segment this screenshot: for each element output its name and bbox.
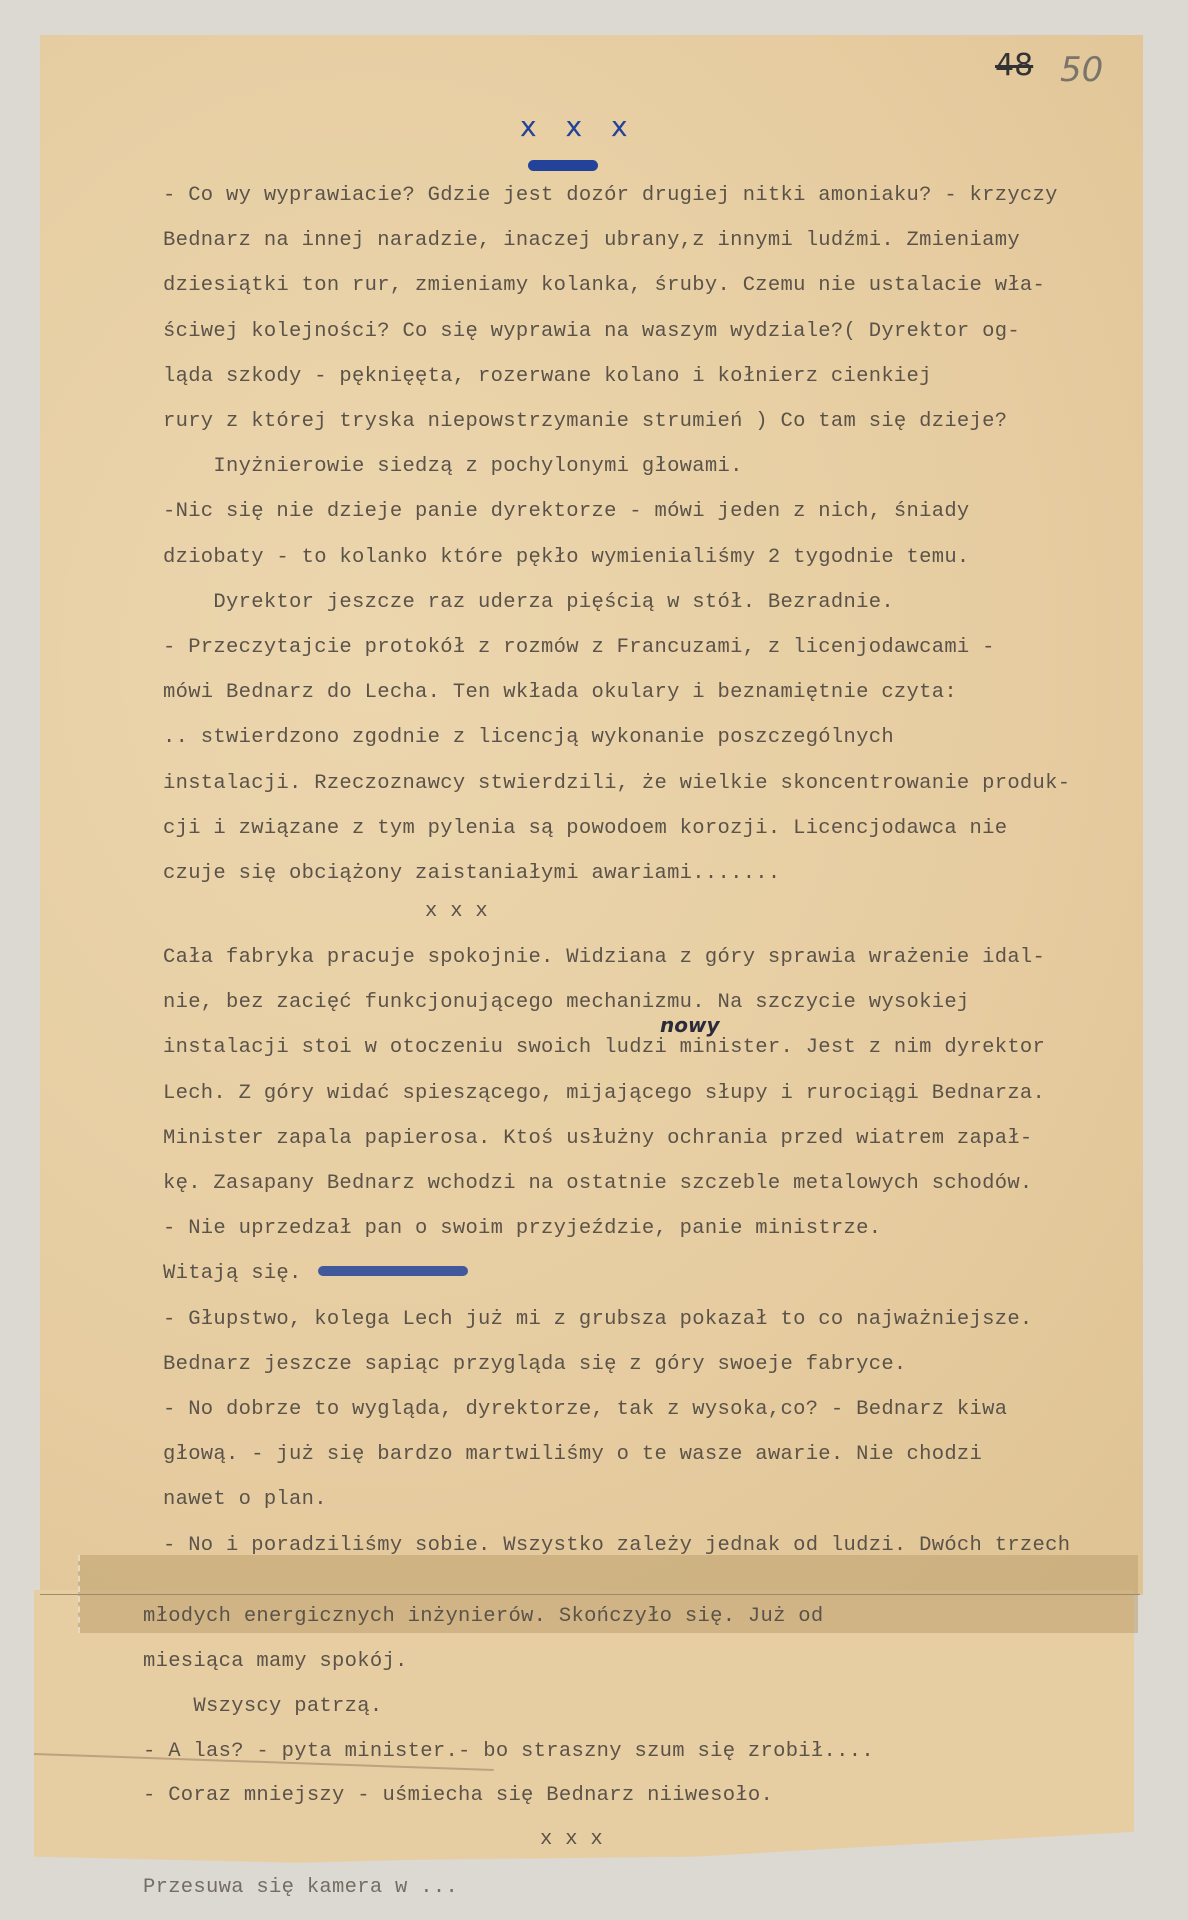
typed-line: dziesiątki ton rur, zmieniamy kolanka, ś…	[163, 276, 1045, 297]
typed-line: - Przeczytajcie protokół z rozmów z Fran…	[163, 638, 995, 659]
typed-line: -Nic się nie dzieje panie dyrektorze - m…	[163, 502, 970, 523]
sheet-join-seam	[40, 1594, 1140, 1595]
typed-line: ściwej kolejności? Co się wyprawia na wa…	[163, 322, 1020, 343]
blue-scribble-mark	[528, 160, 598, 171]
cut-off-line: Przesuwa się kamera w ...	[143, 1878, 458, 1899]
typed-line: instalacji. Rzeczoznawcy stwierdzili, że…	[163, 774, 1070, 795]
typed-line: miesiąca mamy spokój.	[143, 1652, 408, 1673]
typed-line: .. stwierdzono zgodnie z licencją wykona…	[163, 728, 894, 749]
typed-line: głową. - już się bardzo martwiliśmy o te…	[163, 1445, 982, 1466]
typed-line: - Co wy wyprawiacie? Gdzie jest dozór dr…	[163, 186, 1058, 207]
typed-line: rury z której tryska niepowstrzymanie st…	[163, 412, 1007, 433]
typed-line: instalacji stoi w otoczeniu swoich ludzi…	[163, 1038, 1045, 1059]
typed-line: - No dobrze to wygląda, dyrektorze, tak …	[163, 1400, 1007, 1421]
blue-strikeout-scribble	[318, 1266, 468, 1276]
section-marks-blue: x x x	[520, 110, 638, 143]
typed-line: Dyrektor jeszcze raz uderza pięścią w st…	[163, 593, 894, 614]
typed-line: - Coraz mniejszy - uśmiecha się Bednarz …	[143, 1786, 773, 1807]
typed-line: czuje się obciążony zaistaniałymi awaria…	[163, 864, 781, 885]
typed-line: - A las? - pyta minister.- bo straszny s…	[143, 1742, 874, 1763]
typed-line: Inyżnierowie siedzą z pochylonymi głowam…	[163, 457, 743, 478]
typed-line: Minister zapala papierosa. Ktoś usłużny …	[163, 1129, 1033, 1150]
page-number: 50	[1060, 50, 1103, 90]
typed-line: Lech. Z góry widać spieszącego, mijające…	[163, 1084, 1045, 1105]
handwritten-insert: nowy	[660, 1013, 720, 1037]
typed-line: ląda szkody - pęknięęta, rozerwane kolan…	[163, 367, 932, 388]
typed-line: nie, bez zacięć funkcjonującego mechaniz…	[163, 993, 970, 1014]
typed-line: kę. Zasapany Bednarz wchodzi na ostatnie…	[163, 1174, 1033, 1195]
typed-line: młodych energicznych inżynierów. Skończy…	[143, 1607, 824, 1628]
typed-line: Bednarz na innej naradzie, inaczej ubran…	[163, 231, 1020, 252]
typed-line: Witają się.	[163, 1264, 302, 1285]
typed-line: nawet o plan.	[163, 1490, 327, 1511]
section-separator-bottom: x x x	[540, 1830, 603, 1851]
typed-line: Cała fabryka pracuje spokojnie. Widziana…	[163, 948, 1045, 969]
typed-line: cji i związane z tym pylenia są powodoem…	[163, 819, 1007, 840]
typed-line: dziobaty - to kolanko które pękło wymien…	[163, 548, 970, 569]
typed-line: mówi Bednarz do Lecha. Ten wkłada okular…	[163, 683, 957, 704]
typed-line: - Głupstwo, kolega Lech już mi z grubsza…	[163, 1310, 1033, 1331]
struck-page-number: 48	[995, 48, 1033, 83]
typed-line: Bednarz jeszcze sapiąc przygląda się z g…	[163, 1355, 907, 1376]
typed-line: - Nie uprzedzał pan o swoim przyjeździe,…	[163, 1219, 881, 1240]
typed-line: - No i poradziliśmy sobie. Wszystko zale…	[163, 1536, 1070, 1557]
typed-line: Wszyscy patrzą.	[143, 1697, 382, 1718]
section-separator: x x x	[425, 902, 488, 923]
